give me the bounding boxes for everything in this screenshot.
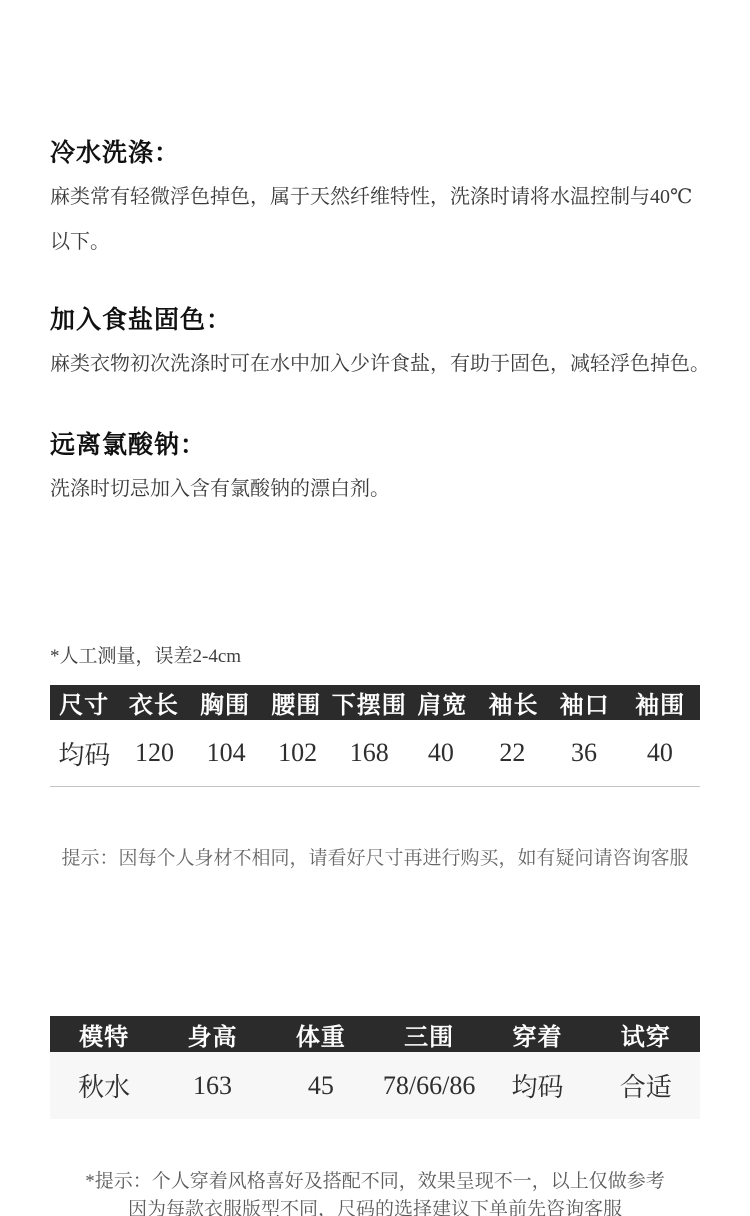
model-table-header-cell: 三围 [375, 1017, 483, 1052]
size-table-data-row: 均码 120 104 102 168 40 22 36 40 [50, 720, 700, 787]
model-table-header-row: 模特 身高 体重 三围 穿着 试穿 [50, 1016, 700, 1052]
model-table-data-cell: 163 [158, 1071, 266, 1101]
model-table-data-cell: 秋水 [50, 1067, 158, 1104]
size-table-data-cell: 22 [477, 738, 549, 768]
size-table: 尺寸 衣长 胸围 腰围 下摆围 肩宽 袖长 袖口 袖围 均码 120 104 1… [50, 685, 700, 787]
model-table-header-cell: 试穿 [592, 1017, 700, 1052]
bottom-tip-line-2: 因为每款衣服版型不同，尺码的选择建议下单前先咨询客服 [0, 1196, 750, 1216]
size-table-header-cell: 下摆围 [332, 685, 407, 720]
care-section-cold-wash: 冷水洗涤： 麻类常有轻微浮色掉色，属于天然纤维特性，洗涤时请将水温控制与40℃ … [50, 139, 700, 265]
product-detail-page: 冷水洗涤： 麻类常有轻微浮色掉色，属于天然纤维特性，洗涤时请将水温控制与40℃ … [0, 0, 750, 1216]
size-table-data-cell: 168 [333, 738, 405, 768]
size-table-header-row: 尺寸 衣长 胸围 腰围 下摆围 肩宽 袖长 袖口 袖围 [50, 685, 700, 720]
model-table-data-cell: 45 [267, 1071, 375, 1101]
size-table-header-cell: 袖围 [620, 685, 700, 720]
size-table-data-cell: 102 [262, 738, 334, 768]
care-body-line: 麻类常有轻微浮色掉色，属于天然纤维特性，洗涤时请将水温控制与40℃ [50, 175, 700, 220]
care-section-salt-fix: 加入食盐固色： 麻类衣物初次洗涤时可在水中加入少许食盐，有助于固色，减轻浮色掉色… [50, 306, 700, 387]
bottom-tips: *提示：个人穿着风格喜好及搭配不同，效果呈现不一，以上仅做参考 因为每款衣服版型… [0, 1168, 750, 1216]
model-table-header-cell: 身高 [158, 1017, 266, 1052]
bottom-tip-line-1: *提示：个人穿着风格喜好及搭配不同，效果呈现不一，以上仅做参考 [0, 1168, 750, 1196]
model-table-header-cell: 穿着 [483, 1017, 591, 1052]
size-table-data-cell: 104 [190, 738, 262, 768]
care-section-no-bleach: 远离氯酸钠： 洗涤时切忌加入含有氯酸钠的漂白剂。 [50, 431, 700, 512]
care-heading-cold-wash: 冷水洗涤： [50, 139, 700, 169]
care-heading-no-bleach: 远离氯酸钠： [50, 431, 700, 461]
measure-note: *人工测量，误差2-4cm [50, 641, 241, 668]
size-table-data-cell: 36 [548, 738, 620, 768]
care-body-no-bleach: 洗涤时切忌加入含有氯酸钠的漂白剂。 [50, 467, 700, 512]
size-table-header-cell: 尺寸 [50, 685, 118, 720]
care-body-salt-fix: 麻类衣物初次洗涤时可在水中加入少许食盐，有助于固色，减轻浮色掉色。 [50, 342, 700, 387]
care-body-cold-wash: 麻类常有轻微浮色掉色，属于天然纤维特性，洗涤时请将水温控制与40℃ 以下。 [50, 175, 700, 265]
care-body-line: 洗涤时切忌加入含有氯酸钠的漂白剂。 [50, 467, 700, 512]
size-table-header-cell: 袖口 [549, 685, 620, 720]
size-table-header-cell: 腰围 [261, 685, 332, 720]
model-table-data-row: 秋水 163 45 78/66/86 均码 合适 [50, 1052, 700, 1119]
size-table-data-cell: 120 [119, 738, 191, 768]
model-table-data-cell: 合适 [592, 1067, 700, 1104]
model-table: 模特 身高 体重 三围 穿着 试穿 秋水 163 45 78/66/86 均码 … [50, 1016, 700, 1119]
model-table-header-cell: 模特 [50, 1017, 158, 1052]
size-table-header-cell: 袖长 [478, 685, 549, 720]
size-tip: 提示：因每个人身材不相同，请看好尺寸再进行购买，如有疑问请咨询客服 [0, 843, 750, 870]
size-table-data-cell: 40 [405, 738, 477, 768]
size-table-data-cell: 均码 [50, 735, 119, 772]
size-table-header-cell: 衣长 [118, 685, 189, 720]
care-heading-salt-fix: 加入食盐固色： [50, 306, 700, 336]
size-table-header-cell: 肩宽 [407, 685, 478, 720]
care-body-line: 以下。 [50, 220, 700, 265]
model-table-data-cell: 78/66/86 [375, 1071, 483, 1101]
size-table-data-cell: 40 [620, 738, 700, 768]
model-table-header-cell: 体重 [267, 1017, 375, 1052]
care-body-line: 麻类衣物初次洗涤时可在水中加入少许食盐，有助于固色，减轻浮色掉色。 [50, 342, 700, 387]
size-table-header-cell: 胸围 [189, 685, 260, 720]
model-table-data-cell: 均码 [483, 1067, 591, 1104]
